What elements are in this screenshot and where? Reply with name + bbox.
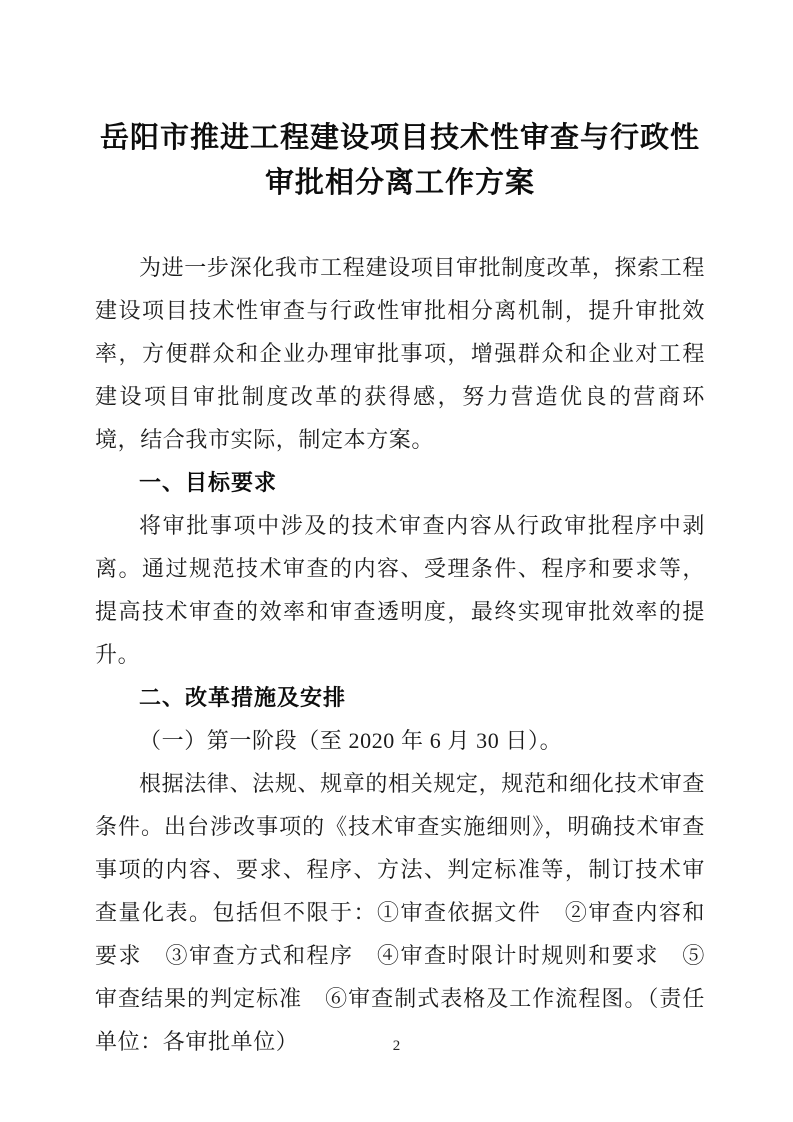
document-page: 岳阳市推进工程建设项目技术性审查与行政性 审批相分离工作方案 为进一步深化我市工… — [0, 0, 793, 1122]
document-body: 为进一步深化我市工程建设项目审批制度改革，探索工程建设项目技术性审查与行政性审批… — [95, 246, 705, 1063]
subsection-heading-phase-1: （一）第一阶段（至 2020 年 6 月 30 日）。 — [95, 719, 705, 762]
document-title-line-2: 审批相分离工作方案 — [95, 161, 705, 206]
document-title: 岳阳市推进工程建设项目技术性审查与行政性 审批相分离工作方案 — [95, 116, 705, 206]
paragraph-goals: 将审批事项中涉及的技术审查内容从行政审批程序中剥离。通过规范技术审查的内容、受理… — [95, 504, 705, 676]
section-heading-2: 二、改革措施及安排 — [95, 676, 705, 719]
document-content: 岳阳市推进工程建设项目技术性审查与行政性 审批相分离工作方案 为进一步深化我市工… — [95, 116, 705, 1063]
paragraph-intro: 为进一步深化我市工程建设项目审批制度改革，探索工程建设项目技术性审查与行政性审批… — [95, 246, 705, 461]
page-number: 2 — [0, 1038, 793, 1055]
section-heading-1: 一、目标要求 — [95, 461, 705, 504]
document-title-line-1: 岳阳市推进工程建设项目技术性审查与行政性 — [95, 116, 705, 161]
paragraph-phase-1-details: 根据法律、法规、规章的相关规定，规范和细化技术审查条件。出台涉改事项的《技术审查… — [95, 762, 705, 1063]
